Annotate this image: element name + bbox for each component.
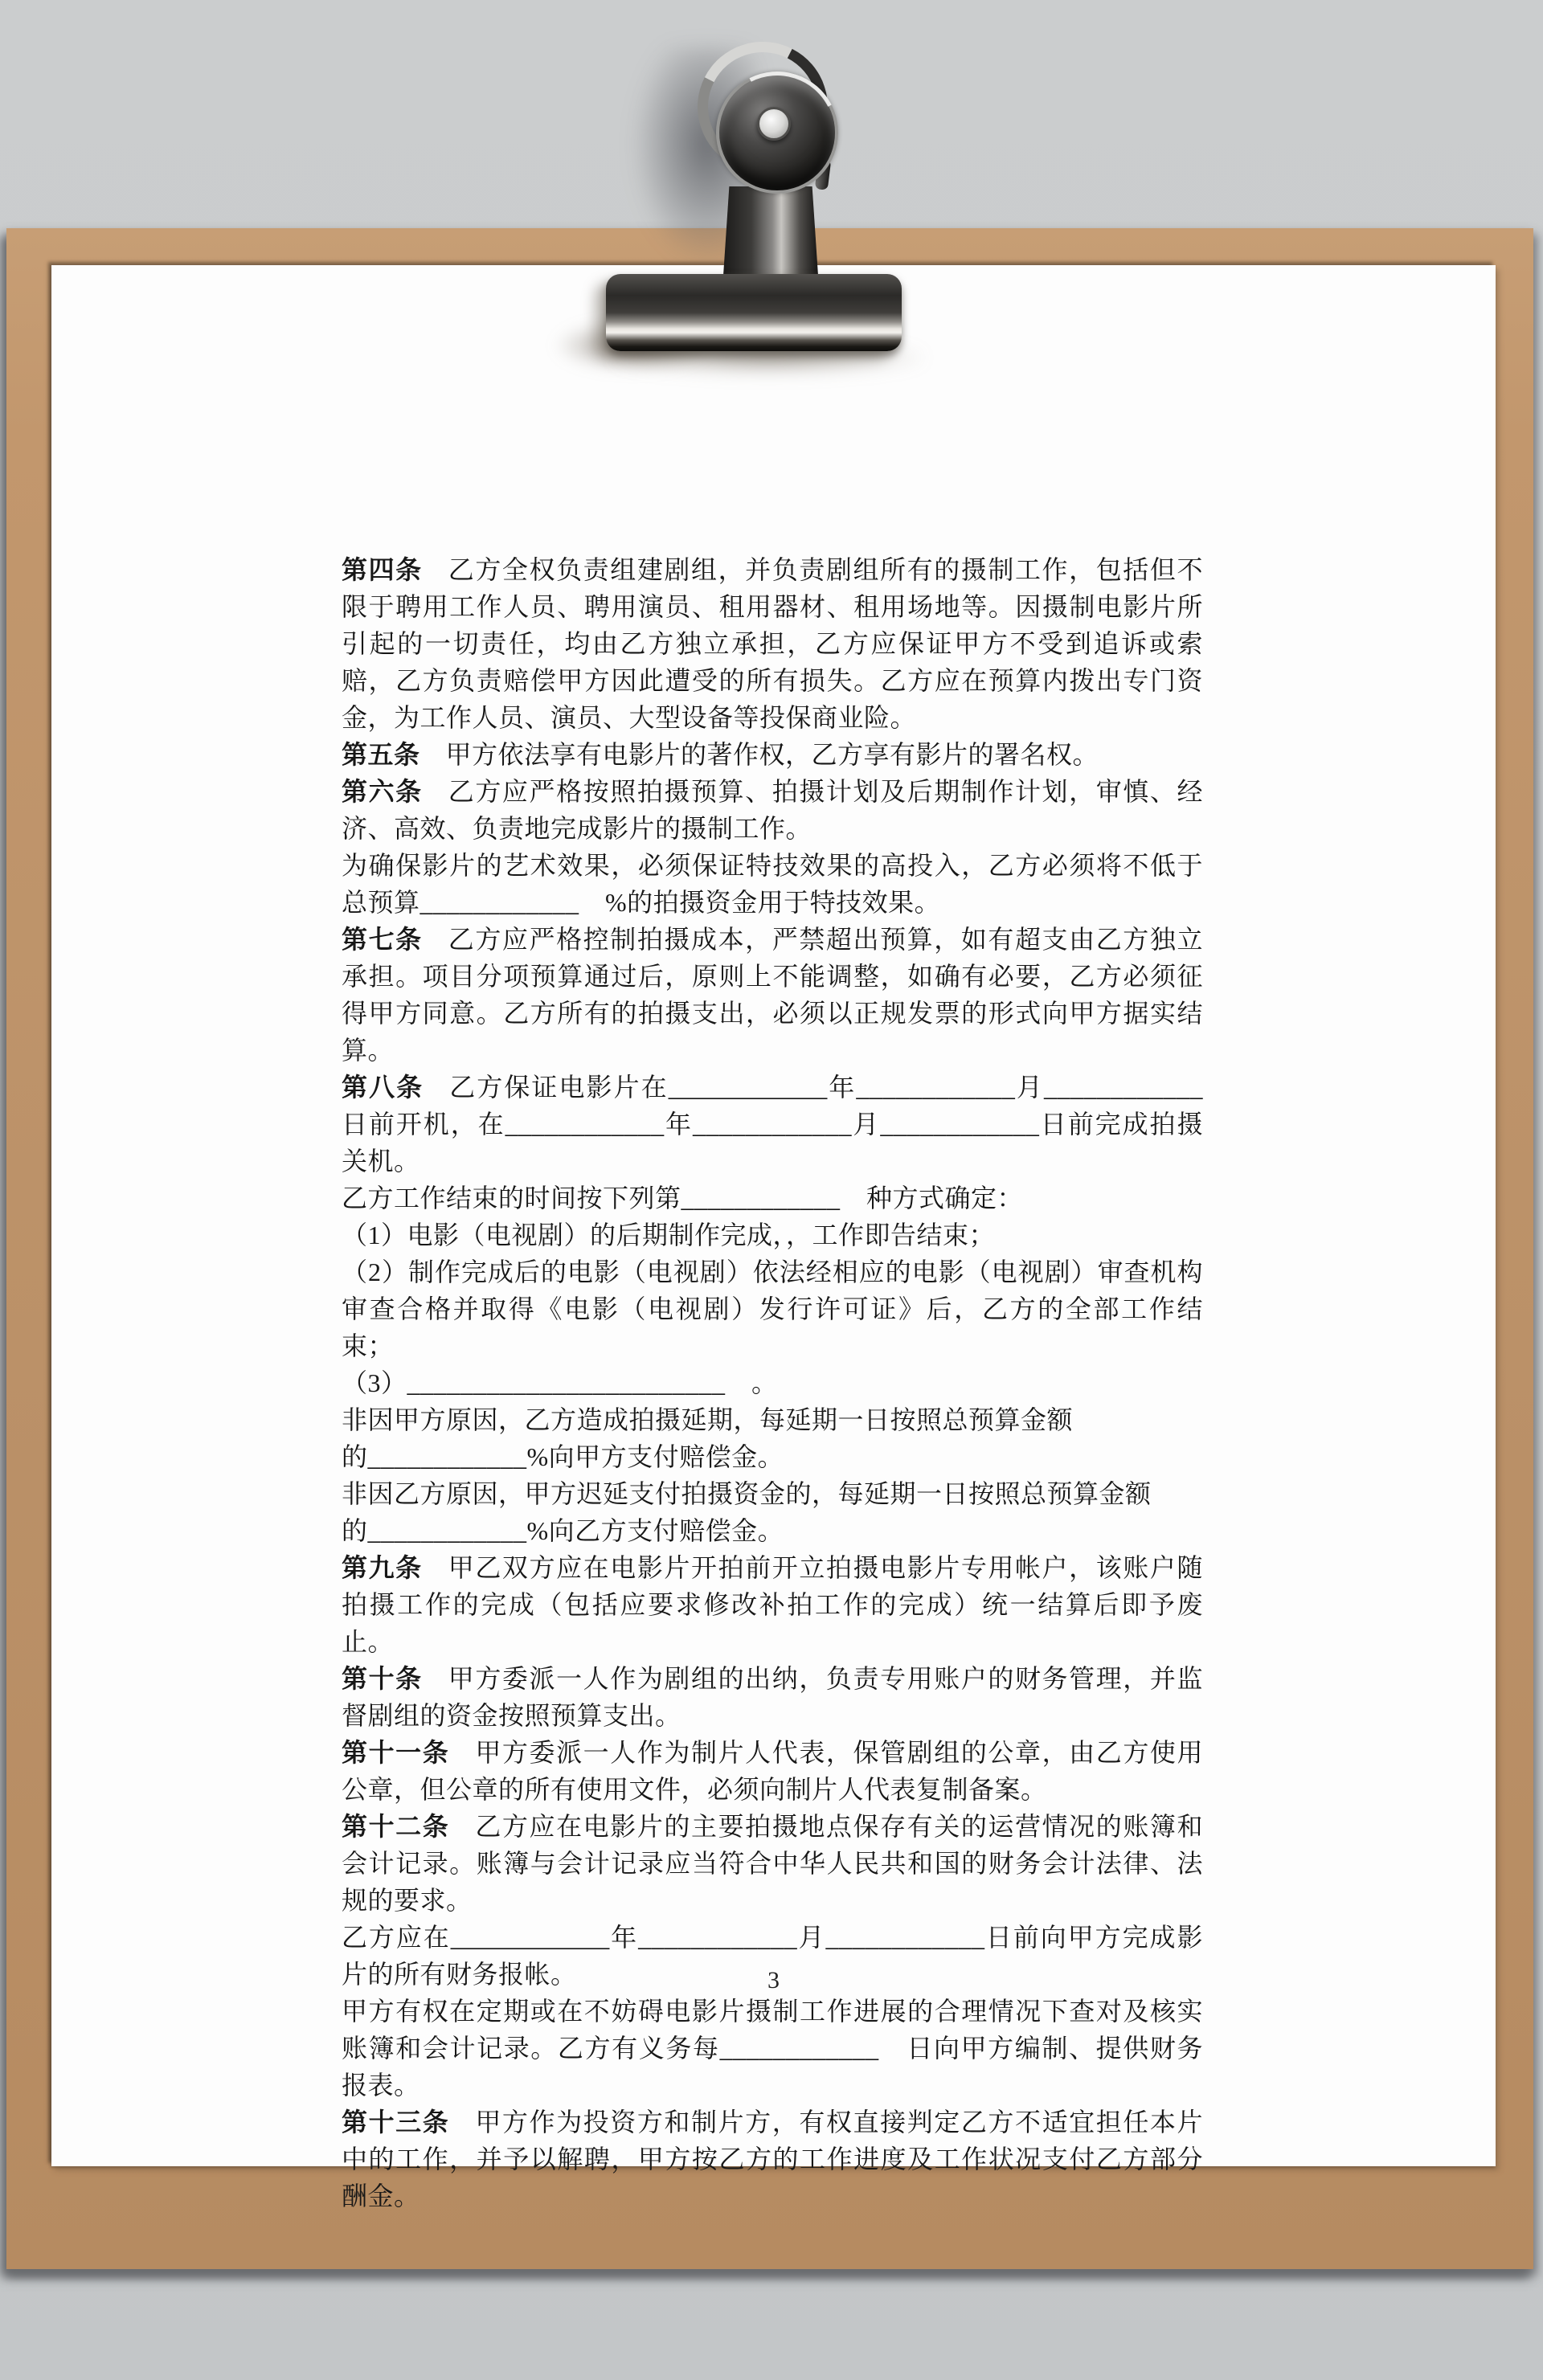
clause-number: 第十三条 [342, 2108, 449, 2137]
contract-paragraph: 第九条甲乙双方应在电影片开拍前开立拍摄电影片专用帐户，该账户随拍摄工作的完成（包… [342, 1549, 1203, 1660]
contract-paragraph: （1）电影（电视剧）的后期制作完成，，工作即告结束； [342, 1217, 1203, 1253]
clause-text: （2）制作完成后的电影（电视剧）依法经相应的电影（电视剧）审查机构审查合格并取得… [342, 1257, 1203, 1360]
clause-text: 甲方委派一人作为剧组的出纳，负责专用账户的财务管理，并监督剧组的资金按照预算支出… [342, 1664, 1203, 1730]
clause-text: 甲方依法享有电影片的著作权，乙方享有影片的署名权。 [446, 740, 1099, 769]
contract-paragraph: 第十一条甲方委派一人作为制片人代表，保管剧组的公章，由乙方使用公章，但公章的所有… [342, 1734, 1203, 1808]
clause-number: 第四条 [342, 555, 423, 584]
page-number: 3 [51, 1967, 1496, 1994]
clause-text: 乙方应严格按照拍摄预算、拍摄计划及后期制作计划，审慎、经济、高效、负责地完成影片… [342, 777, 1203, 843]
clause-text: 甲乙双方应在电影片开拍前开立拍摄电影片专用帐户，该账户随拍摄工作的完成（包括应要… [342, 1553, 1203, 1656]
contract-paragraph: 甲方有权在定期或在不妨碍电影片摄制工作进展的合理情况下查对及核实账簿和会计记录。… [342, 1993, 1203, 2104]
clip-hole-icon [757, 107, 791, 141]
clip-ring-icon [716, 72, 838, 194]
contract-paragraph: （2）制作完成后的电影（电视剧）依法经相应的电影（电视剧）审查机构审查合格并取得… [342, 1253, 1203, 1364]
clause-text: 乙方应严格控制拍摄成本，严禁超出预算，如有超支由乙方独立承担。项目分项预算通过后… [342, 925, 1203, 1065]
contract-paragraph: 乙方工作结束的时间按下列第____________ 种方式确定： [342, 1180, 1203, 1217]
clause-text: 乙方应在电影片的主要拍摄地点保存有关的运营情况的账簿和会计记录。账簿与会计记录应… [342, 1812, 1203, 1915]
clause-text: 甲方有权在定期或在不妨碍电影片摄制工作进展的合理情况下查对及核实账簿和会计记录。… [342, 1997, 1203, 2100]
clause-number: 第八条 [342, 1073, 424, 1102]
clause-text: 非因甲方原因，乙方造成拍摄延期，每延期一日按照总预算金额 [342, 1405, 1073, 1434]
contract-paragraph: 第六条乙方应严格按照拍摄预算、拍摄计划及后期制作计划，审慎、经济、高效、负责地完… [342, 773, 1203, 847]
clause-text: （3）________________________ 。 [342, 1368, 778, 1397]
clause-number: 第十二条 [342, 1812, 449, 1841]
contract-paragraph: 为确保影片的艺术效果，必须保证特技效果的高投入，乙方必须将不低于总预算_____… [342, 847, 1203, 921]
contract-paragraph: 第十三条甲方作为投资方和制片方，有权直接判定乙方不适宜担任本片中的工作，并予以解… [342, 2104, 1203, 2214]
clause-text: 为确保影片的艺术效果，必须保证特技效果的高投入，乙方必须将不低于总预算_____… [342, 851, 1203, 917]
screen: { "colors": { "background_gray": "#c9cbc… [0, 0, 1543, 2380]
clause-text: 甲方委派一人作为制片人代表，保管剧组的公章，由乙方使用公章，但公章的所有使用文件… [342, 1738, 1203, 1804]
contract-paragraph: 第七条乙方应严格控制拍摄成本，严禁超出预算，如有超支由乙方独立承担。项目分项预算… [342, 921, 1203, 1069]
clause-text: 乙方保证电影片在____________年____________月______… [342, 1073, 1203, 1176]
contract-paragraph: （3）________________________ 。 [342, 1364, 1203, 1401]
clip-bar-icon [606, 274, 902, 351]
clause-number: 第九条 [342, 1553, 423, 1582]
clause-text: 的____________%向甲方支付赔偿金。 [342, 1442, 784, 1471]
clause-text: 乙方工作结束的时间按下列第____________ 种方式确定： [342, 1184, 1023, 1212]
clause-number: 第十一条 [342, 1738, 449, 1767]
contract-body: 第四条乙方全权负责组建剧组，并负责剧组所有的摄制工作，包括但不限于聘用工作人员、… [342, 551, 1203, 2214]
clause-number: 第五条 [342, 740, 420, 769]
contract-paragraph: 非因甲方原因，乙方造成拍摄延期，每延期一日按照总预算金额 [342, 1401, 1203, 1438]
clause-text: （1）电影（电视剧）的后期制作完成，，工作即告结束； [342, 1221, 995, 1249]
clause-number: 第六条 [342, 777, 423, 806]
contract-paragraph: 非因乙方原因，甲方迟延支付拍摄资金的，每延期一日按照总预算金额 [342, 1475, 1203, 1512]
contract-paragraph: 第十二条乙方应在电影片的主要拍摄地点保存有关的运营情况的账簿和会计记录。账簿与会… [342, 1808, 1203, 1919]
clause-text: 非因乙方原因，甲方迟延支付拍摄资金的，每延期一日按照总预算金额 [342, 1479, 1152, 1508]
contract-paragraph: 的____________%向乙方支付赔偿金。 [342, 1512, 1203, 1549]
contract-paragraph: 第五条甲方依法享有电影片的著作权，乙方享有影片的署名权。 [342, 736, 1203, 773]
clause-number: 第七条 [342, 925, 423, 954]
clause-number: 第十条 [342, 1664, 423, 1693]
contract-paragraph: 的____________%向甲方支付赔偿金。 [342, 1438, 1203, 1475]
clause-text: 乙方全权负责组建剧组，并负责剧组所有的摄制工作，包括但不限于聘用工作人员、聘用演… [342, 555, 1203, 732]
clause-text: 甲方作为投资方和制片方，有权直接判定乙方不适宜担任本片中的工作，并予以解聘，甲方… [342, 2108, 1203, 2210]
contract-paragraph: 第四条乙方全权负责组建剧组，并负责剧组所有的摄制工作，包括但不限于聘用工作人员、… [342, 551, 1203, 736]
clip-neck-icon [722, 186, 819, 288]
contract-paragraph: 第八条乙方保证电影片在____________年____________月___… [342, 1069, 1203, 1180]
paper-sheet: 第四条乙方全权负责组建剧组，并负责剧组所有的摄制工作，包括但不限于聘用工作人员、… [51, 265, 1496, 2166]
contract-paragraph: 第十条甲方委派一人作为剧组的出纳，负责专用账户的财务管理，并监督剧组的资金按照预… [342, 1660, 1203, 1734]
clause-text: 的____________%向乙方支付赔偿金。 [342, 1516, 784, 1545]
